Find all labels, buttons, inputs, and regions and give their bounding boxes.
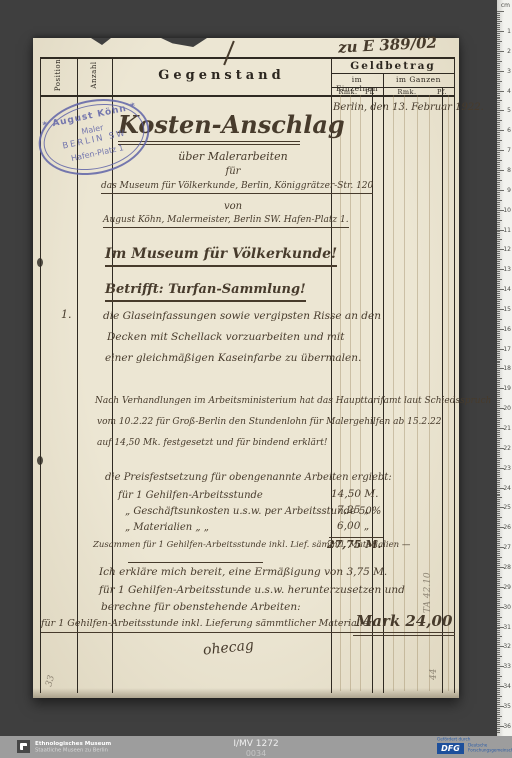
ruler-tick [497,630,500,631]
ruler-tick [497,226,500,227]
ruler-tick [497,285,500,286]
ruler-number: 11 [503,227,511,234]
ruler-tick [497,531,500,532]
ruler-tick [497,45,500,46]
ruler-tick [497,122,500,123]
ruler-tick [497,63,500,64]
ruler-tick [497,380,500,381]
ruler-tick [497,460,500,461]
ruler-tick [497,670,500,671]
ruler-tick [497,243,500,244]
calc-row-amount: 14,50 M. [331,488,379,500]
ruler-tick [497,404,500,405]
ruler-tick [497,47,500,48]
ruler-tick [497,218,500,219]
ruler-number: 35 [503,703,511,710]
ruler-tick [497,337,500,338]
ruler-tick [497,696,502,697]
ruler-tick [497,492,500,493]
ruler-tick [497,638,500,639]
ruler-tick [497,77,500,78]
ruler-tick [497,239,502,240]
footer-page-number: 0034 [0,749,512,758]
ruler-tick [497,323,500,324]
ruler-tick [497,291,500,292]
ruler-tick [497,174,500,175]
ruler-tick [497,521,500,522]
torn-edge [161,38,207,47]
ruler-tick [497,412,500,413]
ruler-tick [497,720,500,721]
scan-viewport: Position Anzahl Gegenstand Geldbetrag im… [0,0,512,758]
ruler-tick [497,253,500,254]
ruler-tick [497,656,502,657]
ruler-tick [497,676,502,677]
ruler-number: 33 [503,663,511,670]
torn-edge [91,38,111,45]
ruler-tick [497,414,500,415]
ruler-tick [497,140,502,141]
ruler-tick [497,555,500,556]
ruler-tick [497,97,500,98]
ruler-tick [497,81,502,82]
ruler-unit-label: cm [501,2,510,9]
dfg-funding-note: Gefördert durch [437,737,470,742]
ruler-tick [497,327,500,328]
ruler-tick [497,172,500,173]
ruler-tick [497,186,500,187]
ruler-tick [497,678,500,679]
ruler-tick [497,19,500,20]
ruler-tick [497,142,500,143]
ruler-tick [497,71,504,72]
ruler-tick [497,87,500,88]
ruler-tick [497,440,500,441]
ruler-tick [497,718,500,719]
ruler-tick [497,390,500,391]
ruler-tick [497,255,500,256]
pen-slash [223,41,235,66]
ruler-tick [497,698,500,699]
ruler-number: 5 [507,107,511,114]
calc-row-amount: 7,25 „ [337,504,369,516]
ruler-tick [497,386,500,387]
ruler-tick [497,454,500,455]
ruler-tick [497,237,500,238]
ruler-tick [497,472,500,473]
date-line: Berlin, den 13. Februar 1922. [333,102,484,113]
ruler-tick [497,259,502,260]
ruler-tick [497,609,500,610]
heading-betrifft: Betrifft: Turfan-Sammlung! [105,282,306,302]
ruler-tick [497,95,500,96]
ruler-tick [497,456,500,457]
ruler-tick [497,452,500,453]
ruler-tick [497,27,500,28]
ruler-tick [497,170,504,171]
ruler-tick [497,585,500,586]
ruler-tick [497,311,500,312]
ruler-tick [497,275,500,276]
ruler-tick [497,17,500,18]
maler-koehn-stamp: * August Köhn * Maler BERLIN SW Hafen-Pl… [32,89,157,185]
ruler-tick [497,569,500,570]
ruler-tick [497,424,500,425]
ruler-tick [497,382,500,383]
ruler-tick [497,559,500,560]
ruler-tick [497,325,500,326]
ruler-tick [497,511,500,512]
ruler-number: 9 [507,187,511,194]
ruler-tick [497,69,500,70]
ruler-tick [497,724,500,725]
ruler-tick [497,359,502,360]
ruler-tick [497,231,500,232]
ruler-tick [497,537,502,538]
ruler-number: 28 [503,564,511,571]
column-header-pf: Pf. [361,88,379,96]
column-header-position: Position [54,54,62,96]
ruler-tick [497,148,500,149]
ruler-tick [497,486,500,487]
ruler-tick [497,37,500,38]
ruler-tick [497,680,500,681]
ruler-tick [497,418,502,419]
ruler-tick [497,533,500,534]
ruler-tick [497,716,502,717]
ruler-tick [497,658,500,659]
ruler-tick [497,464,500,465]
ruler-tick [497,347,500,348]
ruler-tick [497,372,500,373]
ruler-tick [497,49,500,50]
ruler-tick [497,728,500,729]
ruler-tick [497,497,502,498]
ruler-tick [497,305,500,306]
ruler-tick [497,575,500,576]
ruler-tick [497,110,504,111]
ruler-number: 4 [507,88,511,95]
ruler-tick [497,636,502,637]
paragraph1-line: die Glaseinfassungen sowie vergipsten Ri… [103,310,381,322]
ruler-tick [497,106,500,107]
ruler-tick [497,23,500,24]
column-header-rmk: Rmk. [333,88,363,96]
ruler-tick [497,432,500,433]
ruler-tick [497,307,500,308]
ruler-tick [497,112,500,113]
ruler-tick [497,571,500,572]
ruler-tick [497,478,502,479]
ruler-tick [497,611,500,612]
final-amount: Mark 24,00 [353,612,455,636]
ruler-tick [497,295,500,296]
ruler-tick [497,261,500,262]
ruler-tick [497,89,500,90]
ruler-number: 19 [503,385,511,392]
ruler-tick [497,430,500,431]
ruler-tick [497,545,500,546]
ruler-tick [497,55,500,56]
ruler-tick [497,313,500,314]
ruler-tick [497,188,500,189]
ruler-tick [497,529,500,530]
ruler-tick [497,692,500,693]
ruler-tick [497,224,500,225]
ruler-tick [497,144,500,145]
ruler-number: 31 [503,624,511,631]
ruler-tick [497,361,500,362]
ruler-tick [497,541,500,542]
ruler-tick [497,208,500,209]
ruler-tick [497,190,504,191]
ruler-tick [497,303,500,304]
ruler-tick [497,561,500,562]
ruler-tick [497,41,502,42]
ruler-tick [497,353,500,354]
pencil-note-side: TA 42.10 [423,543,433,613]
ruler-tick [497,315,500,316]
ruler-tick [497,321,500,322]
ruler-tick [497,281,500,282]
ruler-tick [497,126,500,127]
subtitle-fur: für [153,166,313,177]
ruler-tick [497,79,500,80]
ruler-tick [497,277,500,278]
signature: ohecag [202,637,254,658]
ruler-tick [497,625,500,626]
ruler-tick [497,593,500,594]
ruler-tick [497,75,500,76]
ruler-tick [497,162,500,163]
ruler-tick [497,331,500,332]
ruler-number: 21 [503,425,511,432]
ruler-tick [497,628,500,629]
column-header-anzahl: Anzahl [90,54,98,96]
ruler-tick [497,180,502,181]
ruler-tick [497,11,504,12]
ruler-tick [497,466,500,467]
ruler-tick [497,176,500,177]
paragraph3-line: Ich erkläre mich bereit, eine Ermäßigung… [99,566,387,578]
ruler-number: 1 [507,28,511,35]
ruler-tick [497,710,500,711]
column-header-rmk: Rmk. [385,88,429,96]
ruler-tick [497,444,500,445]
ruler-tick [497,436,500,437]
ruler-number: 12 [503,246,511,253]
ruler-tick [497,297,500,298]
ruler-tick [497,581,500,582]
ruler-tick [497,222,500,223]
ruler-tick [497,166,500,167]
ruler-tick [497,120,502,121]
ruler-tick [497,65,500,66]
ruler-tick [497,228,500,229]
ruler-tick [497,690,500,691]
ruler-tick [497,523,500,524]
ruler-tick [497,251,500,252]
ruler-tick [497,664,500,665]
ruler-tick [497,551,500,552]
pencil-note-side: 44 [429,640,439,680]
ruler-tick [497,67,500,68]
ruler-tick [497,198,500,199]
paragraph2-line: auf 14,50 Mk. festgesetzt und für binden… [97,438,327,448]
ruler-tick [497,91,504,92]
ruler-tick [497,247,500,248]
ruler-tick [497,370,500,371]
ruler-number: 30 [503,604,511,611]
filing-note: zu E 389/02 [338,33,438,56]
subtitle-uber-malerarbeiten: über Malerarbeiten [153,150,313,163]
ruler-tick [497,668,500,669]
ruler-tick [497,279,502,280]
ruler-tick [497,482,500,483]
ruler-tick [497,61,502,62]
ruler-tick [497,116,500,117]
ruler-tick [497,615,500,616]
ruler-tick [497,31,504,32]
subtitle-von: von [153,201,313,212]
ruler-tick [497,708,500,709]
ruler-tick [497,603,500,604]
dfg-name-line: Forschungsgemeinschaft [468,748,512,753]
calc-row-label: für 1 Gehilfen-Arbeitsstunde [118,490,263,501]
ruler-tick [497,730,500,731]
paragraph1-line: Decken mit Schellack vorzuarbeiten und m… [107,331,344,343]
ruler-tick [497,458,502,459]
ruler-tick [497,13,500,14]
ruler-number: 25 [503,504,511,511]
ruler-tick [497,589,500,590]
ruler-tick [497,196,500,197]
ruler-tick [497,503,500,504]
column-header-im-ganzen: im Ganzen [383,75,454,84]
ruler-tick [497,216,500,217]
ruler-tick [497,138,500,139]
ruler-tick [497,51,504,52]
ruler-tick [497,333,500,334]
paragraph3-line: berechne für obenstehende Arbeiten: [101,601,301,613]
ruler-tick [497,212,500,213]
paragraph1-line: einer gleichmäßigen Kaseinfarbe zu überm… [105,352,361,364]
column-header-gegenstand: Gegenstand [112,68,331,83]
ruler-tick [497,204,500,205]
ruler-number: 36 [503,723,511,730]
ruler-tick [497,85,500,86]
ruler-number: 29 [503,584,511,591]
ruler-tick [497,301,500,302]
footer-bar: Ethnologisches Museum Staatliche Museen … [0,736,512,758]
ruler-tick [497,118,500,119]
ruler-tick [497,438,502,439]
ruler-number: 23 [503,465,511,472]
ruler-tick [497,648,500,649]
ruler-number: 24 [503,485,511,492]
ruler-tick [497,102,500,103]
ruler-tick [497,267,500,268]
dfg-logo: DFG [437,743,464,754]
ruler-tick [497,535,500,536]
ruler-number: 18 [503,365,511,372]
ruler-tick [497,712,500,713]
ruler-number: 13 [503,266,511,273]
ruler-tick [497,557,502,558]
ruler-tick [497,583,500,584]
ruler-tick [497,21,502,22]
ruler-tick [497,704,500,705]
ruler-tick [497,539,500,540]
ruler-tick [497,104,500,105]
ruler-tick [497,684,500,685]
ruler-tick [497,178,500,179]
ruler-number: 26 [503,524,511,531]
ruler-tick [497,265,500,266]
heading-museum: Im Museum für Völkerkunde! [105,246,337,267]
ruler-tick [497,299,502,300]
ruler-tick [497,341,500,342]
ruler-tick [497,599,500,600]
ruler-tick [497,694,500,695]
ruler-number: 34 [503,683,511,690]
ruler-tick [497,154,500,155]
ruler-tick [497,93,500,94]
ruler-tick [497,543,500,544]
ruler-tick [497,366,500,367]
ruler-tick [497,100,502,101]
ruler-tick [497,59,500,60]
ruler-tick [497,168,500,169]
ruler-tick [497,644,500,645]
ruler-tick [497,732,500,733]
final-label: für 1 Gehilfen-Arbeitsstunde inkl. Liefe… [41,618,381,633]
ruler-number: 2 [507,48,511,55]
ruler-tick [497,640,500,641]
ruler-tick [497,245,500,246]
ruler-tick [497,426,500,427]
recipient-line: das Museum für Völkerkunde, Berlin, Köni… [101,181,373,194]
ruler-number: 14 [503,286,511,293]
ruler-tick [497,355,500,356]
ruler-tick [497,601,500,602]
ruler-number: 6 [507,127,511,134]
ruler-tick [497,549,500,550]
calc-total-amount: 27,75 M. [327,538,381,551]
ruler-tick [497,406,500,407]
ruler-tick [497,519,500,520]
ruler-tick [497,617,502,618]
ruler-number: 10 [503,207,511,214]
ruler-tick [497,597,502,598]
author-line: August Köhn, Malermeister, Berlin SW. Ha… [103,215,349,228]
ruler-tick [497,192,500,193]
ruler-tick [497,128,500,129]
ruler-tick [497,634,500,635]
ruler-tick [497,343,500,344]
ruler-tick [497,39,500,40]
ruler-tick [497,73,500,74]
ruler-tick [497,98,500,99]
ruler-number: 15 [503,306,511,313]
ruler-tick [497,702,500,703]
ruler-tick [497,470,500,471]
ruler-tick [497,362,500,363]
ruler-tick [497,233,500,234]
ruler-tick [497,293,500,294]
ruler-tick [497,450,500,451]
ruler-tick [497,130,504,131]
